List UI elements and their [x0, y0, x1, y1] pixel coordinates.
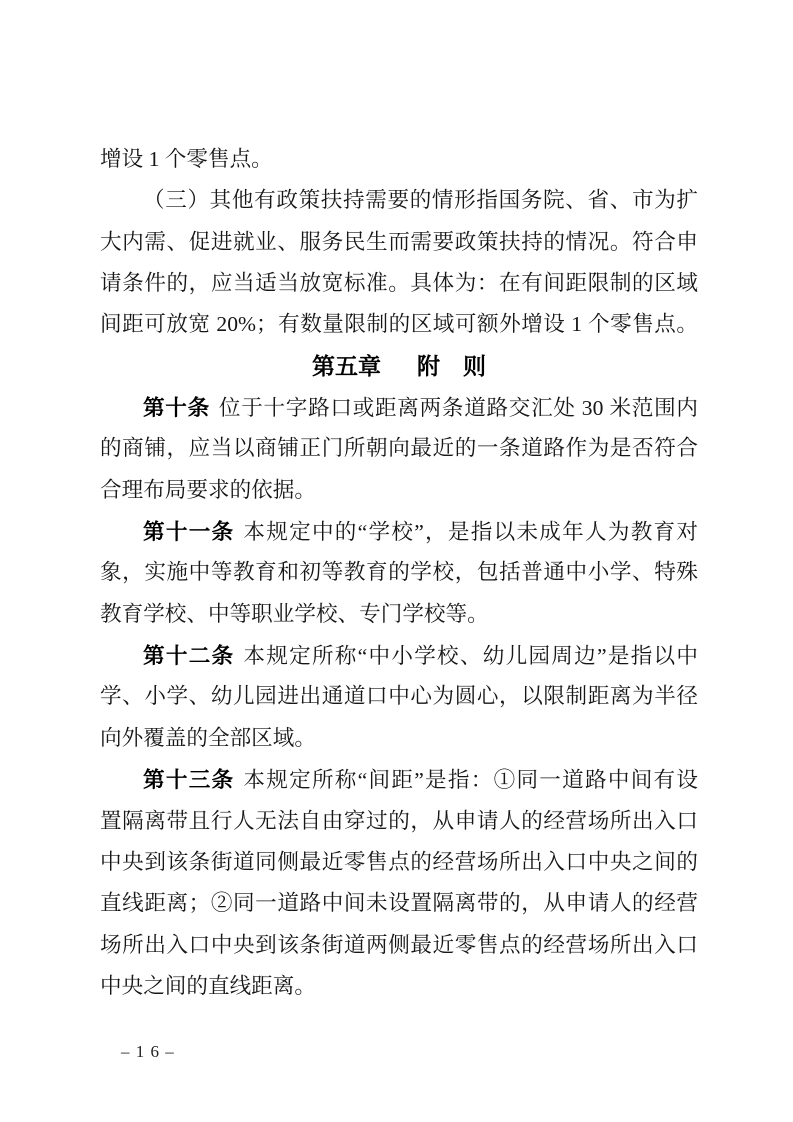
article-number: 第十一条	[143, 519, 234, 544]
chapter-title: 附 则	[417, 353, 486, 379]
chapter-number: 第五章	[312, 353, 381, 379]
article-number: 第十条	[143, 395, 210, 420]
article-line: 第十三条本规定所称“间距”是指：①同一道路中间有设	[100, 759, 698, 800]
body-line: 合理布局要求的依据。	[100, 470, 698, 511]
body-line: 请条件的，应当适当放宽标准。具体为：在有间距限制的区域	[100, 263, 698, 304]
chapter-heading: 第五章附 则	[100, 346, 698, 387]
body-line: 象，实施中等教育和初等教育的学校，包括普通中小学、特殊	[100, 552, 698, 593]
body-line: 中央到该条街道同侧最近零售点的经营场所出入口中央之间的	[100, 842, 698, 883]
body-line: 大内需、促进就业、服务民生而需要政策扶持的情况。符合申	[100, 222, 698, 263]
body-line: 直线距离；②同一道路中间未设置隔离带的，从申请人的经营	[100, 883, 698, 924]
body-line: 场所出入口中央到该条街道两侧最近零售点的经营场所出入口	[100, 925, 698, 966]
article-number: 第十二条	[143, 643, 234, 668]
article-text: 本规定中的“学校”，是指以未成年人为教育对	[243, 520, 698, 544]
article-number: 第十三条	[143, 767, 234, 792]
body-line: 间距可放宽 20%；有数量限制的区域可额外增设 1 个零售点。	[100, 304, 698, 345]
article-line: 第十条位于十字路口或距离两条道路交汇处 30 米范围内	[100, 387, 698, 428]
body-line: 的商铺，应当以商铺正门所朝向最近的一条道路作为是否符合	[100, 428, 698, 469]
body-line: 向外覆盖的全部区域。	[100, 718, 698, 759]
body-line: （三）其他有政策扶持需要的情形指国务院、省、市为扩	[100, 180, 698, 221]
document-body: 增设 1 个零售点。 （三）其他有政策扶持需要的情形指国务院、省、市为扩 大内需…	[100, 139, 698, 1007]
body-line: 增设 1 个零售点。	[100, 139, 698, 180]
article-text: 本规定所称“间距”是指：①同一道路中间有设	[243, 768, 698, 792]
document-page: { "intro": { "lines": [ { "text": "增设 1 …	[0, 0, 793, 1122]
body-line: 中央之间的直线距离。	[100, 966, 698, 1007]
page-number: – 1 6 –	[121, 1041, 175, 1063]
article-line: 第十二条本规定所称“中小学校、幼儿园周边”是指以中	[100, 635, 698, 676]
article-line: 第十一条本规定中的“学校”，是指以未成年人为教育对	[100, 511, 698, 552]
body-line: 置隔离带且行人无法自由穿过的，从申请人的经营场所出入口	[100, 801, 698, 842]
body-line: 学、小学、幼儿园进出通道口中心为圆心，以限制距离为半径	[100, 676, 698, 717]
body-line: 教育学校、中等职业学校、专门学校等。	[100, 594, 698, 635]
article-text: 本规定所称“中小学校、幼儿园周边”是指以中	[243, 644, 698, 668]
article-text: 位于十字路口或距离两条道路交汇处 30 米范围内	[219, 396, 698, 420]
